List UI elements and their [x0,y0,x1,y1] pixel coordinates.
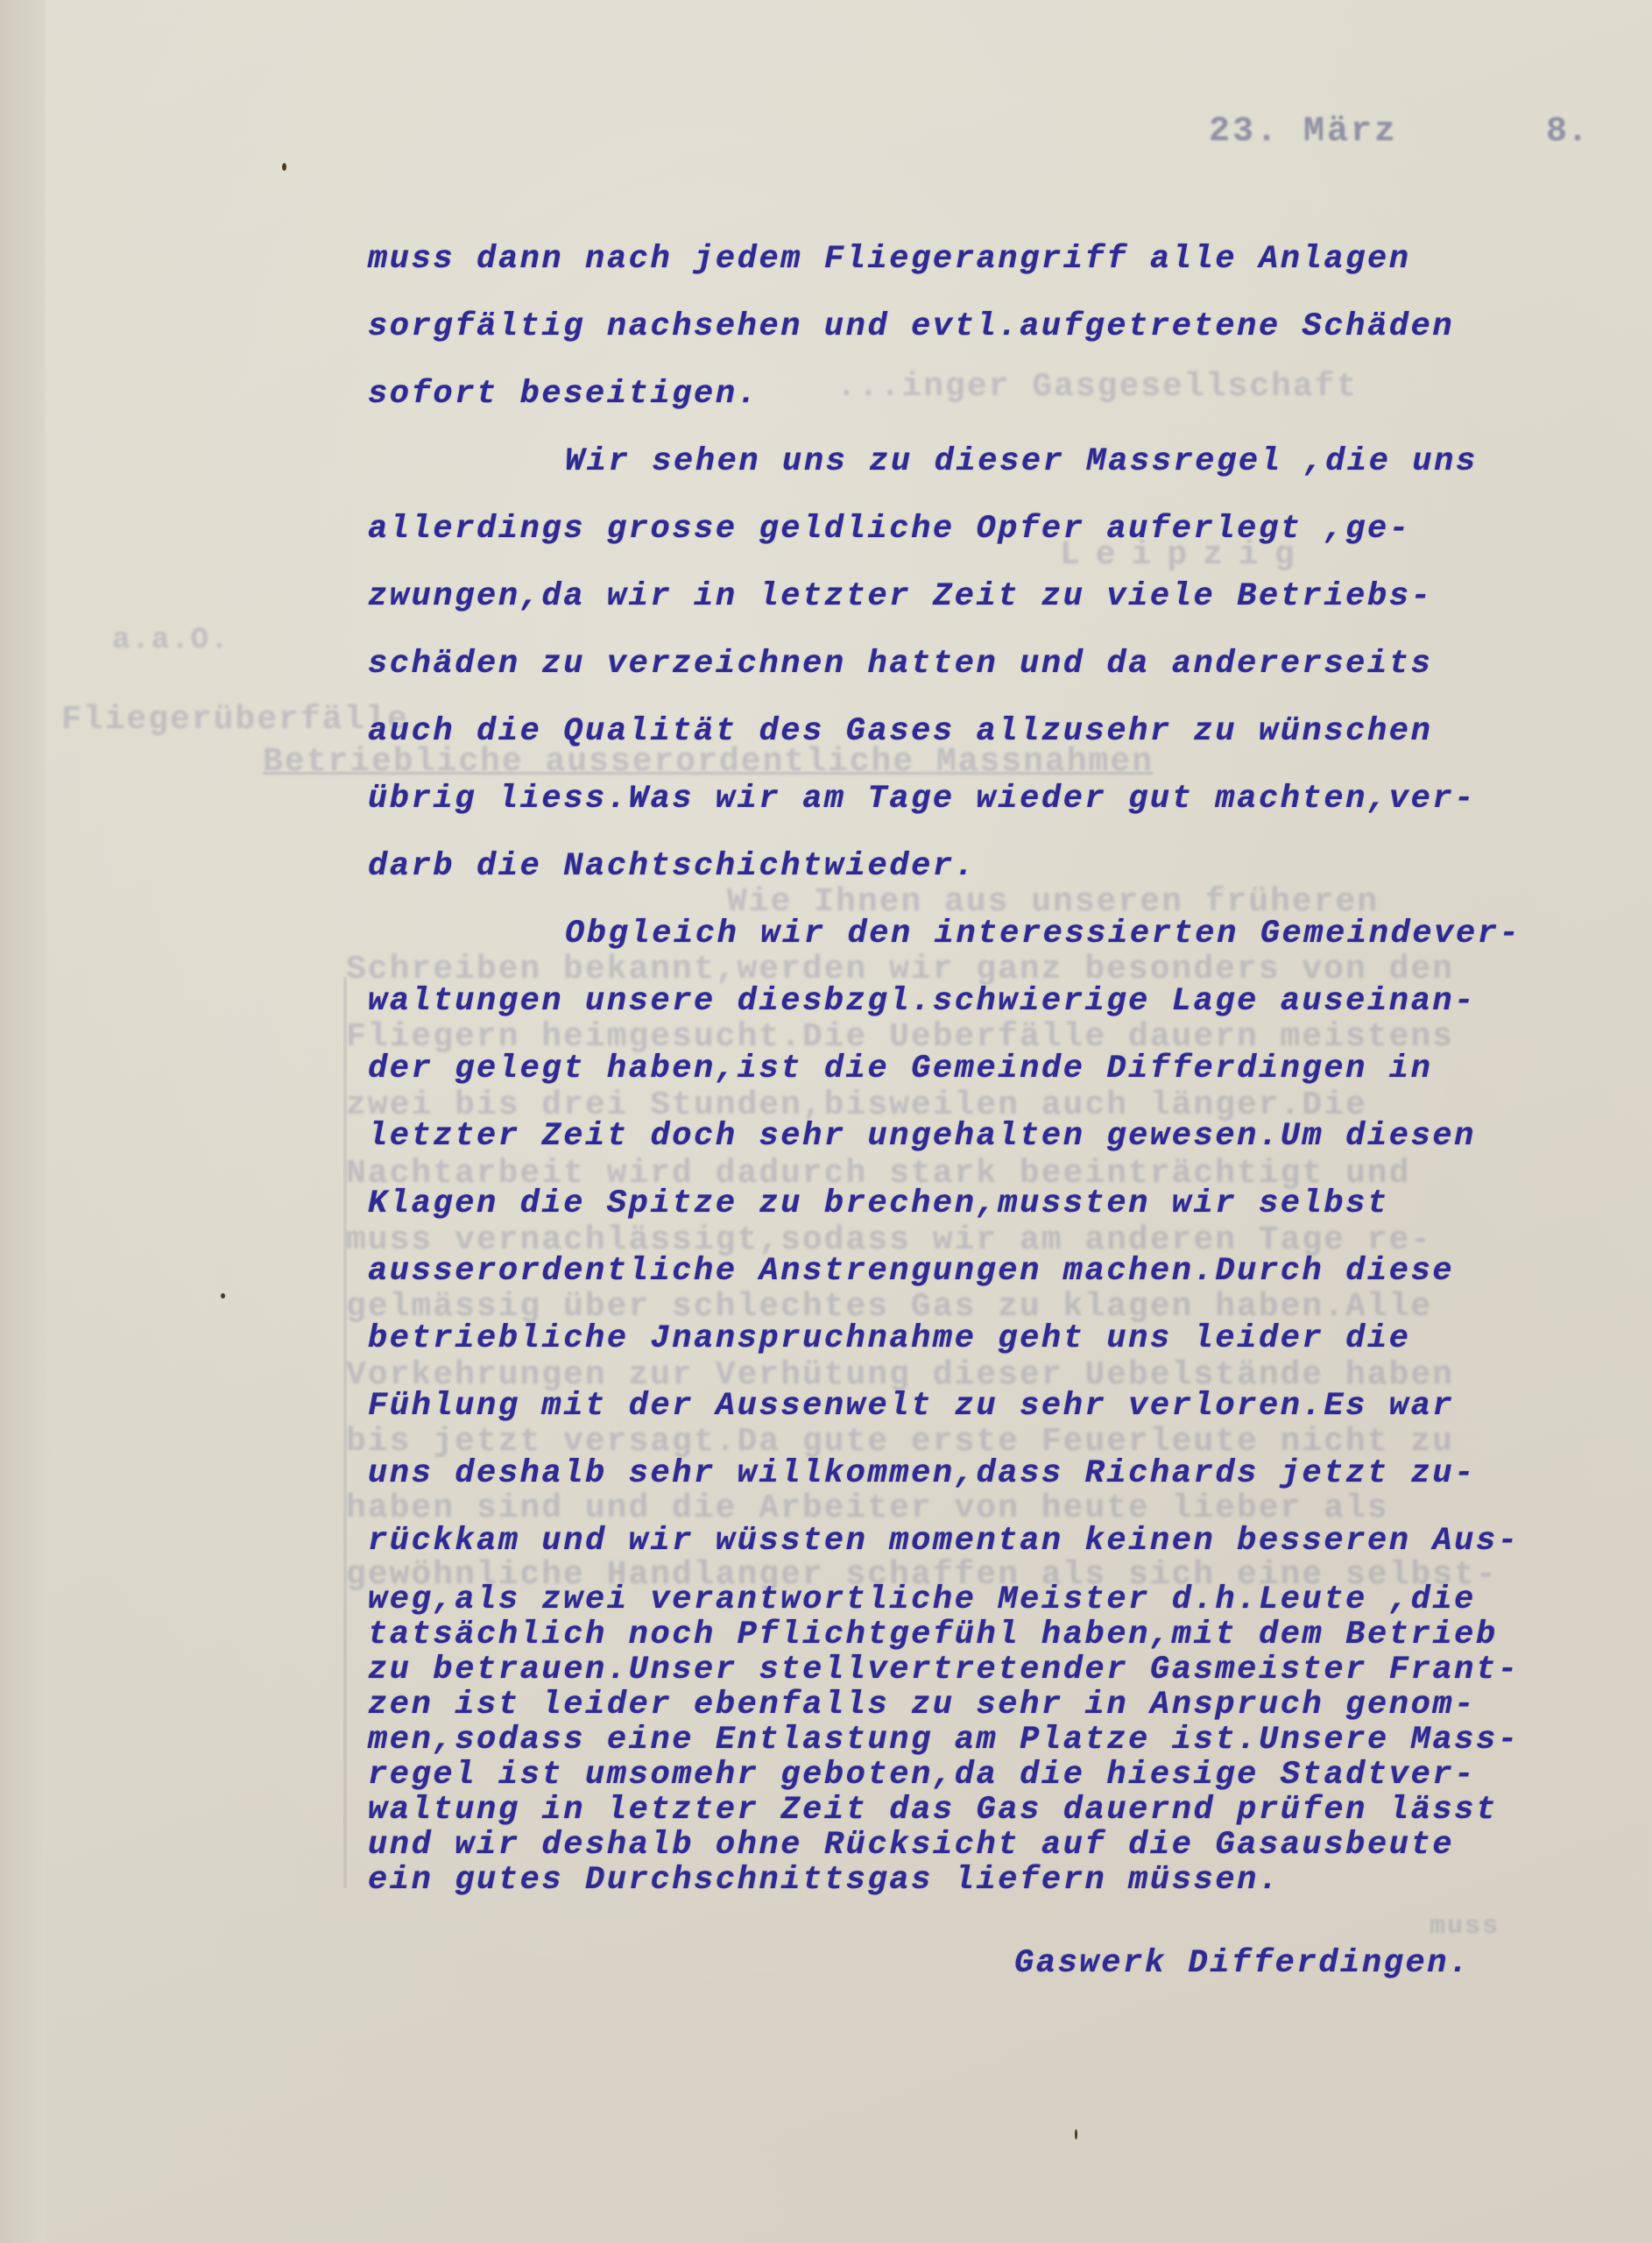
text-line: auch die Qualität des Gases allzusehr zu… [368,698,1638,766]
text-line: ein gutes Durchschnittsgas liefern müsse… [368,1863,1638,1898]
text-line: waltung in letzter Zeit das Gas dauernd … [368,1793,1638,1828]
show-through-text: muss [1430,1912,1500,1942]
text-line: rückkam und wir wüssten momentan keinen … [368,1508,1638,1575]
text-line: weg,als zwei verantwortliche Meister d.h… [368,1582,1638,1617]
paper-edge [0,0,46,2243]
text-line: uns deshalb sehr willkommen,dass Richard… [368,1440,1638,1508]
paper-speck [221,1293,225,1298]
text-line: zwungen,da wir in letzter Zeit zu viele … [368,563,1638,631]
text-line: ausserordentliche Anstrengungen machen.D… [368,1238,1638,1305]
show-through-text: a.a.O. [112,624,229,657]
text-line: der gelegt haben,ist die Gemeinde Differ… [368,1036,1638,1103]
text-line: zen ist leider ebenfalls zu sehr in Ansp… [368,1688,1638,1723]
text-line: sofort beseitigen. [368,361,1638,428]
text-line: betriebliche Jnanspruchnahme geht uns le… [368,1305,1638,1373]
text-line: und wir deshalb ohne Rücksicht auf die G… [368,1828,1638,1863]
text-line: letzter Zeit doch sehr ungehalten gewese… [368,1103,1638,1171]
text-line: Klagen die Spitze zu brechen,mussten wir… [368,1171,1638,1238]
show-through-text: Fliegerüberfälle [61,701,409,739]
text-line: muss dann nach jedem Fliegerangriff alle… [368,226,1638,294]
text-line: waltungen unsere diesbzgl.schwierige Lag… [368,968,1638,1036]
page-number: 8. [1546,112,1588,152]
text-line: übrig liess.Was wir am Tage wieder gut m… [368,766,1638,833]
text-line: Obgleich wir den interessierten Gemeinde… [368,901,1638,968]
text-line: Wir sehen uns zu dieser Massregel ,die u… [368,428,1638,496]
text-line: men,sodass eine Entlastung am Platze ist… [368,1723,1638,1758]
signature: Gaswerk Differdingen. [1014,1945,1471,1982]
text-line: tatsächlich noch Pflichtgefühl haben,mit… [368,1617,1638,1652]
letter-date: 23. März [1209,112,1398,152]
paper-speck [1075,2129,1077,2140]
text-line: sorgfältig nachsehen und evtl.aufgetrete… [368,294,1638,361]
text-line: zu betrauen.Unser stellvertretender Gasm… [368,1652,1638,1688]
text-line: Fühlung mit der Aussenwelt zu sehr verlo… [368,1373,1638,1440]
text-line: schäden zu verzeichnen hatten und da and… [368,631,1638,698]
paper-speck [282,163,286,171]
text-line: allerdings grosse geldliche Opfer auferl… [368,496,1638,563]
text-line: darb die Nachtschichtwieder. [368,833,1638,901]
text-line: regel ist umsomehr geboten,da die hiesig… [368,1758,1638,1793]
letter-body: muss dann nach jedem Fliegerangriff alle… [368,226,1638,1898]
